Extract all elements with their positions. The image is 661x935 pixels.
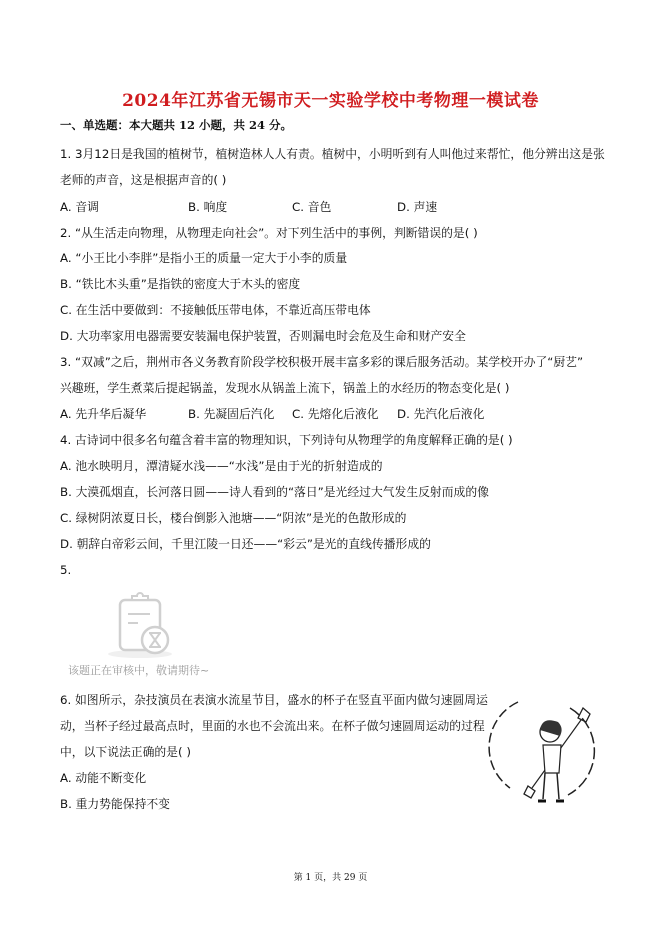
question-2-option-a: A. “小王比小李胖”是指小王的质量一定大于小李的质量 [60,251,347,265]
exam-page: 2024年江苏省无锡市天一实验学校中考物理一模试卷 一、单选题：本大题共 12 … [0,0,661,935]
question-2-line-1: 2. “从生活走向物理，从物理走向社会”。对下列生活中的事例，判断错误的是( ) [60,226,478,240]
question-1-option-c: C. 音色 [292,200,331,214]
acrobat-water-meteor-figure [488,690,608,815]
question-6-option-a: A. 动能不断变化 [60,771,146,785]
question-3-option-b: B. 先凝固后汽化 [188,407,274,421]
question-1-option-d: D. 声速 [397,200,437,214]
question-6-line-1: 6. 如图所示，杂技演员在表演水流星节目，盛水的杯子在竖直平面内做匀速圆周运 [60,693,488,707]
question-2-option-c: C. 在生活中要做到：不接触低压带电体，不靠近高压带电体 [60,303,371,317]
question-1-option-b: B. 响度 [188,200,227,214]
question-3-option-d: D. 先汽化后液化 [397,407,484,421]
question-5-number: 5. [60,563,71,577]
page-footer: 第 1 页，共 29 页 [0,870,661,883]
question-2-option-d: D. 大功率家用电器需要安装漏电保护装置，否则漏电时会危及生命和财产安全 [60,329,466,343]
question-6-option-b: B. 重力势能保持不变 [60,797,170,811]
question-4-line-1: 4. 古诗词中很多名句蕴含着丰富的物理知识，下列诗句从物理学的角度解释正确的是(… [60,433,513,447]
question-4-option-b: B. 大漠孤烟直，长河落日圆——诗人看到的“落日”是光经过大气发生反射而成的像 [60,485,489,499]
question-2-option-b: B. “铁比木头重”是指铁的密度大于木头的密度 [60,277,300,291]
question-1-line-1: 1. 3月12日是我国的植树节，植树造林人人有责。植树中，小明听到有人叫他过来帮… [60,147,605,161]
section-heading: 一、单选题：本大题共 12 小题，共 24 分。 [60,117,292,133]
question-3-option-c: C. 先熔化后液化 [292,407,379,421]
question-6-line-3: 中，以下说法正确的是( ) [60,745,191,759]
question-6-line-2: 动，当杯子经过最高点时，里面的水也不会流出来。在杯子做匀速圆周运动的过程 [60,719,485,733]
question-3-line-1: 3. “双减”之后，荆州市各义务教育阶段学校积极开展丰富多彩的课后服务活动。某学… [60,355,583,369]
clipboard-hourglass-icon [60,590,260,660]
question-3-line-2: 兴趣班，学生煮菜后提起锅盖，发现水从锅盖上流下，锅盖上的水经历的物态变化是( ) [60,381,509,395]
question-1-line-2: 老师的声音，这是根据声音的( ) [60,173,226,187]
question-4-option-c: C. 绿树阴浓夏日长，楼台倒影入池塘——“阴浓”是光的色散形成的 [60,511,406,525]
question-1-option-a: A. 音调 [60,200,99,214]
question-4-option-a: A. 池水映明月，潭清疑水浅——“水浅”是由于光的折射造成的 [60,459,383,473]
question-4-option-d: D. 朝辞白帝彩云间，千里江陵一日还——“彩云”是光的直线传播形成的 [60,537,431,551]
question-3-option-a: A. 先升华后凝华 [60,407,146,421]
pending-review-text: 该题正在审核中，敬请期待~ [68,662,209,678]
acrobat-illustration-icon [488,690,608,815]
page-title: 2024年江苏省无锡市天一实验学校中考物理一模试卷 [0,86,661,111]
